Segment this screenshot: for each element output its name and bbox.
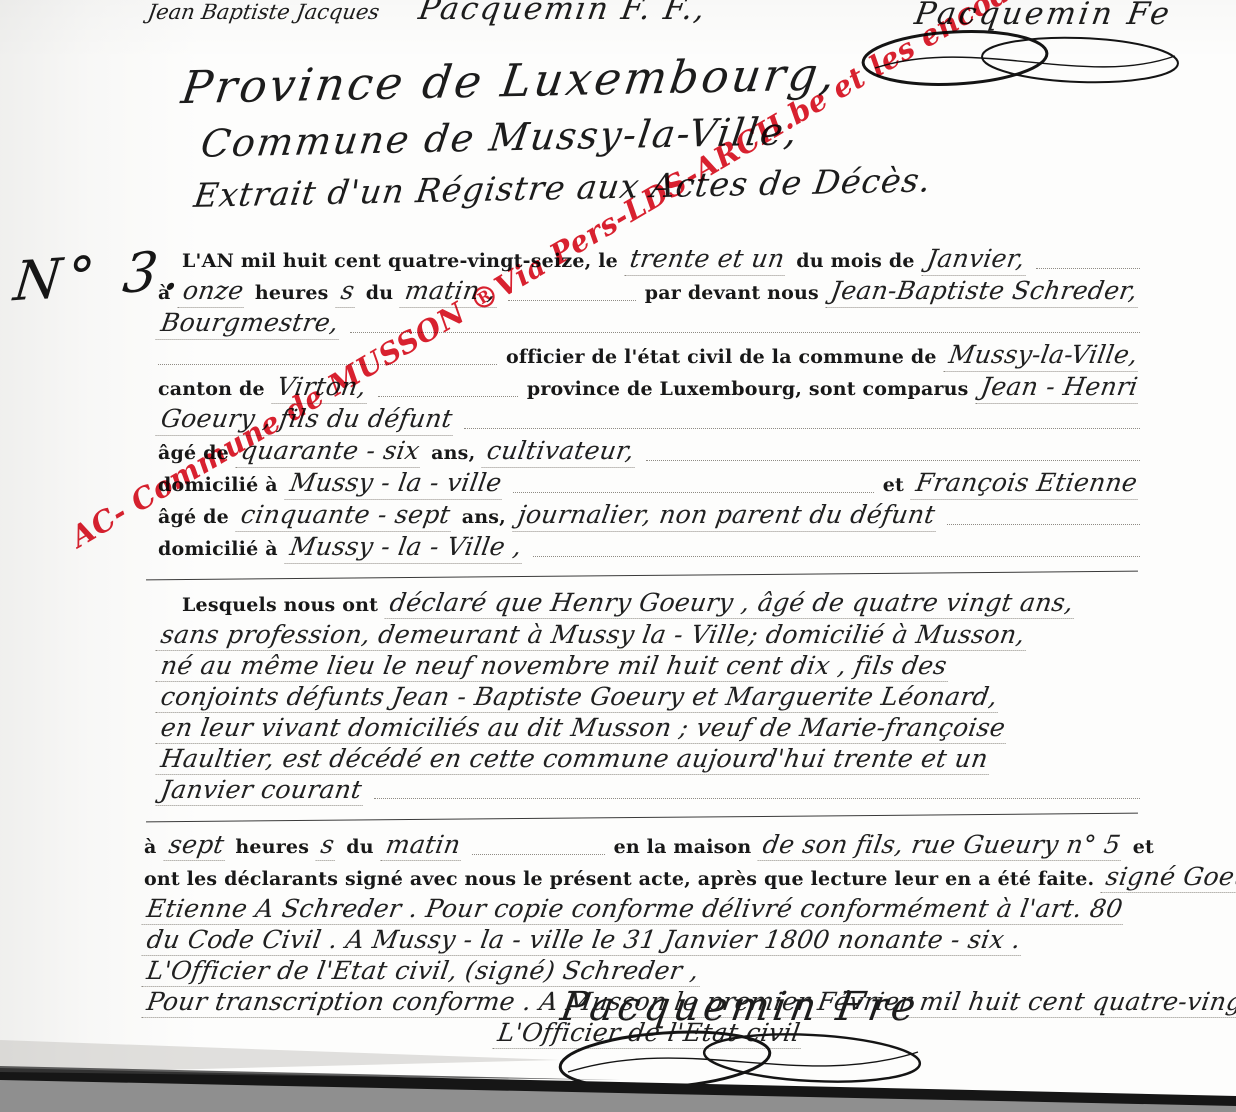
- handwritten-text: cultivateur,: [482, 436, 640, 468]
- handwritten-text: du Code Civil . A Mussy - la - ville le …: [142, 925, 1026, 956]
- print-text: du mois de: [796, 246, 914, 276]
- handwritten-text: de son fils, rue Gueury n° 5: [758, 830, 1126, 861]
- print-text: en la maison: [614, 833, 752, 862]
- print-text: officier de l'état civil de la commune d…: [506, 342, 937, 372]
- act-line: Lesquels nous ontdéclaré que Henry Goeur…: [158, 588, 1140, 620]
- act-line: domicilié àMussy - la - Ville ,: [158, 532, 1140, 564]
- act-line: domicilié àMussy - la - villeetFrançois …: [158, 468, 1140, 500]
- handwritten-text: sans profession, demeurant à Mussy la - …: [156, 620, 1031, 651]
- print-text: par devant nous: [645, 278, 819, 308]
- handwritten-text: Haultier, est décédé en cette commune au…: [156, 744, 994, 775]
- print-text: à: [144, 833, 157, 862]
- print-text: canton de: [158, 374, 265, 404]
- print-text: heures: [255, 278, 329, 308]
- act-line: L'Officier de l'Etat civil, (signé) Schr…: [144, 956, 1154, 987]
- act-line: né au même lieu le neuf novembre mil hui…: [158, 651, 1140, 682]
- form-rule-separator: [146, 571, 1138, 581]
- document-heading: Province de Luxembourg, Commune de Mussy…: [182, 39, 1236, 215]
- rule-leader: [158, 364, 497, 365]
- handwritten-text: onze: [177, 276, 248, 308]
- print-text: et: [883, 470, 904, 500]
- act-line: âgé decinquante - septans,journalier, no…: [158, 500, 1140, 532]
- heading-extrait: Extrait d'un Régistre aux Actes de Décès…: [192, 160, 934, 215]
- handwritten-text: Bourgmestre,: [155, 308, 343, 340]
- act-line: conjoints défunts Jean - Baptiste Goeury…: [158, 682, 1140, 713]
- handwritten-text: s: [335, 276, 359, 308]
- form-rule-separator: [146, 813, 1138, 823]
- print-text: à: [158, 278, 171, 308]
- act-line: ont les déclarants signé avec nous le pr…: [144, 862, 1154, 894]
- handwritten-text: trente et un: [624, 244, 789, 276]
- act-line: Haultier, est décédé en cette commune au…: [158, 744, 1140, 775]
- handwritten-text: Janvier,: [921, 244, 1030, 276]
- handwritten-text: sept: [163, 830, 229, 861]
- act-line: àseptheuressdumatinen la maisonde son fi…: [144, 830, 1154, 862]
- handwritten-text: Mussy - la - Ville ,: [284, 532, 526, 564]
- act-line: Etienne A Schreder . Pour copie conforme…: [144, 894, 1154, 925]
- print-text: du: [366, 278, 394, 308]
- act-line: àonzeheuressdumatin ,par devant nousJean…: [158, 276, 1140, 308]
- scanned-death-certificate-page: Jean Baptiste Jacques Pacquemin F. F., P…: [0, 0, 1236, 1112]
- rule-leader: [1036, 268, 1140, 269]
- act-body: L'AN mil huit cent quatre-vingt-seize, l…: [158, 244, 1140, 1049]
- handwritten-text: s: [316, 830, 340, 861]
- rule-leader: [533, 556, 1140, 557]
- print-text: ans,: [462, 502, 506, 532]
- print-text: ans,: [431, 438, 475, 468]
- rule-leader: [378, 396, 518, 397]
- print-text: et: [1133, 833, 1154, 862]
- act-section-declaration: Lesquels nous ontdéclaré que Henry Goeur…: [158, 588, 1140, 806]
- handwritten-text: cinquante - sept: [235, 500, 455, 532]
- act-line: officier de l'état civil de la commune d…: [158, 340, 1140, 372]
- act-line: sans profession, demeurant à Mussy la - …: [158, 620, 1140, 651]
- print-text: du: [346, 833, 374, 862]
- handwritten-text: signé Goeury,: [1101, 862, 1236, 893]
- print-text: ont les déclarants signé avec nous le pr…: [144, 865, 1094, 894]
- rule-leader: [350, 332, 1140, 333]
- annotation-signature-text: Pacquemin F. F.,: [416, 0, 709, 27]
- print-text: province de Luxembourg, sont comparus: [527, 374, 969, 404]
- print-text: heures: [235, 833, 309, 862]
- act-line: L'AN mil huit cent quatre-vingt-seize, l…: [158, 244, 1140, 276]
- act-line: du Code Civil . A Mussy - la - ville le …: [144, 925, 1154, 956]
- act-line: âgé dequarante - sixans,cultivateur,: [158, 436, 1140, 468]
- handwritten-text: en leur vivant domiciliés au dit Musson …: [156, 713, 1011, 744]
- rule-leader: [472, 854, 605, 855]
- handwritten-text: matin: [380, 830, 465, 861]
- handwritten-text: Janvier courant: [156, 775, 367, 806]
- handwritten-text: François Etienne: [910, 468, 1142, 500]
- handwritten-text: né au même lieu le neuf novembre mil hui…: [156, 651, 953, 682]
- handwritten-text: Mussy-la-Ville,: [943, 340, 1142, 372]
- rule-leader: [508, 300, 636, 301]
- act-line: en leur vivant domiciliés au dit Musson …: [158, 713, 1140, 744]
- scan-shadow-edge: [0, 1022, 1236, 1112]
- top-margin-annotation: Jean Baptiste Jacques Pacquemin F. F.,: [148, 0, 707, 27]
- annotation-names-text: Jean Baptiste Jacques: [146, 0, 381, 24]
- rule-leader: [374, 798, 1141, 799]
- print-text: domicilié à: [158, 534, 278, 564]
- rule-leader: [947, 524, 1140, 525]
- handwritten-text: conjoints défunts Jean - Baptiste Goeury…: [156, 682, 1003, 713]
- handwritten-text: Jean - Henri: [975, 372, 1142, 404]
- rule-leader: [513, 492, 874, 493]
- handwritten-text: journalier, non parent du défunt: [512, 500, 940, 532]
- heading-province: Province de Luxembourg,: [178, 47, 841, 114]
- act-line: Bourgmestre,: [158, 308, 1140, 340]
- handwritten-text: L'Officier de l'Etat civil, (signé) Schr…: [142, 956, 704, 987]
- handwritten-text: déclaré que Henry Goeury , âgé de quatre…: [385, 588, 1079, 619]
- act-line: Janvier courant: [158, 775, 1140, 806]
- rule-leader: [646, 460, 1140, 461]
- handwritten-text: Jean-Baptiste Schreder,: [825, 276, 1142, 308]
- handwritten-text: Mussy - la - ville: [284, 468, 506, 500]
- print-text: âgé de: [158, 502, 229, 532]
- rule-leader: [464, 428, 1140, 429]
- handwritten-text: Etienne A Schreder . Pour copie conforme…: [142, 894, 1128, 925]
- print-text: Lesquels nous ont: [182, 591, 378, 620]
